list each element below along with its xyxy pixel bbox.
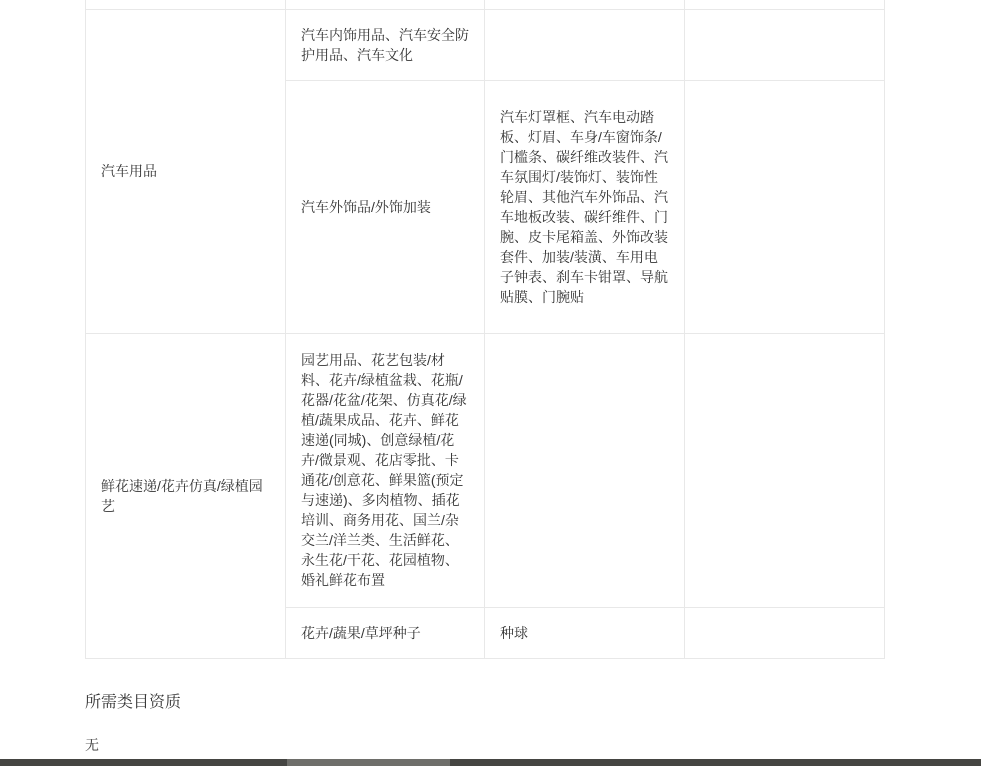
cell-remark	[685, 9, 885, 80]
cell-leaf-categories: 汽车灯罩框、汽车电动踏板、灯眉、车身/车窗饰条/门槛条、碳纤维改装件、汽车氛围灯…	[485, 80, 685, 333]
cell-leaf-categories: 种球	[485, 607, 685, 658]
cell-leaf-categories	[485, 333, 685, 607]
horizontal-scrollbar-thumb[interactable]	[287, 759, 450, 766]
table-row: 汽车用品 汽车内饰用品、汽车安全防护用品、汽车文化	[86, 9, 885, 80]
qualification-value: 无	[85, 735, 885, 755]
page-content: 汽车用品 汽车内饰用品、汽车安全防护用品、汽车文化 汽车外饰品/外饰加装 汽车灯…	[85, 0, 885, 755]
cell-subcategory: 花卉/蔬果/草坪种子	[286, 607, 485, 658]
category-table: 汽车用品 汽车内饰用品、汽车安全防护用品、汽车文化 汽车外饰品/外饰加装 汽车灯…	[85, 0, 885, 659]
cell-main-category	[86, 0, 286, 9]
cell-main-category: 汽车用品	[86, 9, 286, 333]
cell-subcategory	[286, 0, 485, 9]
cell-leaf-categories	[485, 0, 685, 9]
cell-main-category: 鲜花速递/花卉仿真/绿植园艺	[86, 333, 286, 658]
cell-remark	[685, 607, 885, 658]
cell-remark	[685, 0, 885, 9]
qualification-heading: 所需类目资质	[85, 692, 885, 714]
cell-subcategory: 园艺用品、花艺包装/材料、花卉/绿植盆栽、花瓶/花器/花盆/花架、仿真花/绿植/…	[286, 333, 485, 607]
cell-remark	[685, 333, 885, 607]
cell-subcategory: 汽车外饰品/外饰加装	[286, 80, 485, 333]
cell-subcategory: 汽车内饰用品、汽车安全防护用品、汽车文化	[286, 9, 485, 80]
cell-remark	[685, 80, 885, 333]
horizontal-scrollbar[interactable]	[0, 759, 981, 766]
table-row: 鲜花速递/花卉仿真/绿植园艺 园艺用品、花艺包装/材料、花卉/绿植盆栽、花瓶/花…	[86, 333, 885, 607]
cell-leaf-categories	[485, 9, 685, 80]
table-row-partial	[86, 0, 885, 9]
